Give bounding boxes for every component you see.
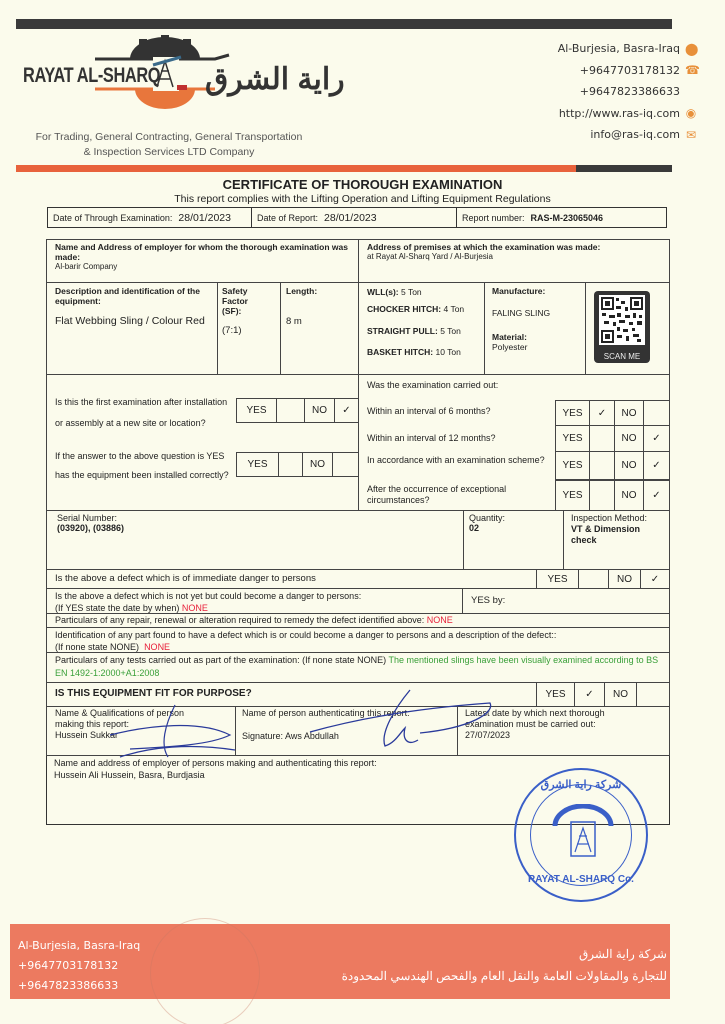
- first-exam-answer: YES NO ✓: [236, 398, 359, 423]
- yes-checkbox[interactable]: [590, 452, 615, 479]
- footer-arabic: شركة راية الشرق للتجارة والمقاولات العام…: [342, 943, 667, 987]
- wll-cell: WLL(s): 5 Ton CHOCKER HITCH: 4 Ton STRAI…: [358, 282, 485, 375]
- next-exam-label: Latest date by which next thorough exami…: [465, 708, 645, 730]
- qr-pattern: [599, 295, 645, 345]
- employer-label: Name and Address of employer for whom th…: [55, 242, 350, 262]
- straight-row: STRAIGHT PULL: 5 Ton: [367, 320, 476, 342]
- exam-date-cell: Date of Through Examination:28/01/2023: [48, 208, 252, 227]
- answer-6-months: YES ✓ NO: [555, 400, 670, 426]
- fitness-label: IS THIS EQUIPMENT FIT FOR PURPOSE?: [55, 688, 252, 699]
- yes-label: YES: [556, 426, 590, 451]
- authenticator-cell: Name of person authenticating this repor…: [235, 706, 458, 756]
- report-date: 28/01/2023: [324, 212, 377, 224]
- no-label: NO: [305, 399, 335, 422]
- potential-danger-cell: Is the above a defect which is not yet b…: [46, 588, 463, 614]
- serial-cell: Serial Number: (03920), (03886): [46, 510, 464, 570]
- no-label: NO: [303, 453, 333, 476]
- choker-row: CHOCKER HITCH: 4 Ton: [367, 298, 476, 320]
- length-cell: Length: 8 m: [280, 282, 359, 375]
- maker-label: Name & Qualifications of person making t…: [55, 708, 215, 730]
- scan-me-label: SCAN ME: [594, 352, 650, 361]
- maker-value: Hussein Sukkar: [55, 730, 227, 741]
- no-checkbox[interactable]: ✓: [335, 399, 358, 422]
- answer-exceptional: YES NO ✓: [555, 480, 670, 511]
- date-bar: Date of Through Examination:28/01/2023 D…: [47, 207, 667, 228]
- basket-row: BASKET HITCH: 10 Ton: [367, 342, 476, 362]
- immediate-danger-label: Is the above a defect which is of immedi…: [55, 573, 316, 584]
- envelope-icon: ✉: [685, 129, 697, 141]
- repair-value: NONE: [427, 615, 453, 625]
- exam-carried-out-heading: Was the examination carried out:: [367, 380, 498, 390]
- question-exam-scheme: In accordance with an examination scheme…: [367, 455, 547, 466]
- company-stamp: شركة راية الشرق RAYAT AL-SHARQ Co.: [514, 768, 648, 902]
- yes-label: YES: [537, 683, 575, 706]
- installed-correctly-answer: YES NO: [236, 452, 359, 477]
- no-checkbox[interactable]: ✓: [641, 570, 669, 588]
- identification-label: Identification of any part found to have…: [55, 629, 661, 641]
- manufacture-label: Manufacture:: [492, 286, 578, 296]
- length-value: 8 m: [286, 315, 353, 328]
- next-exam-cell: Latest date by which next thorough exami…: [457, 706, 670, 756]
- serial-label: Serial Number:: [57, 513, 453, 523]
- no-checkbox[interactable]: ✓: [644, 481, 669, 510]
- safety-factor-cell: Safety Factor (SF): (7:1): [217, 282, 281, 375]
- quantity-cell: Quantity: 02: [463, 510, 564, 570]
- material-value: Polyester: [492, 342, 578, 352]
- no-label: NO: [615, 426, 644, 451]
- identification-row: Identification of any part found to have…: [46, 627, 670, 653]
- yes-checkbox[interactable]: [279, 453, 303, 476]
- yes-checkbox[interactable]: [277, 399, 305, 422]
- stamp-text-ar: شركة راية الشرق: [516, 778, 646, 791]
- tagline-line-1: For Trading, General Contracting, Genera…: [24, 130, 314, 145]
- certificate-subtitle: This report complies with the Lifting Op…: [0, 193, 725, 205]
- footer-address: Al-Burjesia, Basra-Iraq: [18, 936, 140, 956]
- report-employer-value: Hussein Ali Hussein, Basra, Burdjasia: [54, 769, 377, 781]
- tests-label: Particulars of any tests carried out as …: [55, 655, 386, 665]
- repair-label: Particulars of any repair, renewal or al…: [55, 615, 424, 625]
- answer-12-months: YES NO ✓: [555, 425, 670, 452]
- report-date-cell: Date of Report:28/01/2023: [252, 208, 457, 227]
- yes-checkbox[interactable]: [590, 481, 615, 510]
- no-label: NO: [609, 570, 641, 588]
- employer-cell: Name and Address of employer for whom th…: [46, 239, 359, 283]
- description-label: Description and identification of the eq…: [55, 286, 209, 306]
- tagline-line-2: & Inspection Services LTD Company: [24, 145, 314, 160]
- qr-code[interactable]: SCAN ME: [594, 291, 650, 363]
- location-pin-icon: ⬤: [685, 43, 697, 55]
- no-checkbox[interactable]: [644, 401, 669, 425]
- contact-address: Al-Burjesia, Basra-Iraq⬤: [558, 38, 697, 60]
- report-employer: Name and address of employer of persons …: [54, 757, 377, 781]
- description-value: Flat Webbing Sling / Colour Red: [55, 314, 209, 328]
- no-label: NO: [605, 683, 637, 706]
- wll-row: WLL(s): 5 Ton: [367, 286, 476, 298]
- sf-value: (7:1): [222, 324, 276, 337]
- question-installed-correctly: If the answer to the above question is Y…: [55, 447, 235, 485]
- contact-phone-2[interactable]: +9647823386633: [558, 81, 697, 103]
- auth-label: Name of person authenticating this repor…: [242, 708, 451, 719]
- footer-ar-line-1: شركة راية الشرق: [342, 943, 667, 965]
- footer-phone-1[interactable]: +9647703178132: [18, 956, 140, 976]
- header-accent-bar: [16, 165, 576, 172]
- quantity-value: 02: [469, 523, 558, 533]
- yes-by-label: YES by:: [471, 595, 505, 606]
- yes-by-cell: YES by:: [462, 588, 670, 614]
- manufacture-cell: Manufacture: FALING SLING Material: Poly…: [484, 282, 586, 375]
- sf-label: Safety Factor (SF):: [222, 286, 262, 316]
- serial-value: (03920), (03886): [57, 523, 453, 533]
- no-label: NO: [615, 481, 644, 510]
- certificate-title: CERTIFICATE OF THOROUGH EXAMINATION: [0, 177, 725, 192]
- yes-label: YES: [237, 453, 279, 476]
- premises-value: at Rayat Al-Sharq Yard / Al-Burjesia: [367, 252, 661, 262]
- question-12-months: Within an interval of 12 months?: [367, 433, 547, 443]
- question-first-exam: Is this the first examination after inst…: [55, 392, 235, 434]
- header-top-bar: [16, 19, 672, 29]
- yes-label: YES: [556, 401, 590, 425]
- yes-checkbox[interactable]: [590, 426, 615, 451]
- contact-website[interactable]: http://www.ras-iq.com◉: [558, 103, 697, 125]
- description-cell: Description and identification of the eq…: [46, 282, 218, 375]
- maker-cell: Name & Qualifications of person making t…: [46, 706, 236, 756]
- next-exam-date: 27/07/2023: [465, 730, 662, 741]
- report-number-cell: Report number:RAS-M-23065046: [457, 208, 666, 227]
- globe-icon: ◉: [685, 107, 697, 119]
- tests-row: Particulars of any tests carried out as …: [46, 652, 670, 683]
- manufacture-value: FALING SLING: [492, 308, 578, 318]
- company-name-ar: راية الشرق: [205, 62, 345, 97]
- no-label: NO: [615, 452, 644, 479]
- company-name-en: RAYAT AL-SHARQ: [23, 64, 160, 88]
- no-label: NO: [615, 401, 644, 425]
- material-label: Material:: [492, 332, 578, 342]
- report-number: RAS-M-23065046: [531, 213, 604, 223]
- footer-contacts: Al-Burjesia, Basra-Iraq +9647703178132 +…: [18, 936, 140, 996]
- yes-checkbox[interactable]: [579, 570, 609, 588]
- stamp-text-en: RAYAT AL-SHARQ Co.: [516, 874, 646, 885]
- no-checkbox[interactable]: [333, 453, 358, 476]
- phone-icon: ☎: [685, 64, 697, 76]
- yes-label: YES: [556, 452, 590, 479]
- auth-value: Signature: Aws Abdullah: [242, 731, 451, 742]
- no-checkbox[interactable]: ✓: [644, 426, 669, 451]
- answer-exam-scheme: YES NO ✓: [555, 451, 670, 480]
- quantity-label: Quantity:: [469, 513, 558, 523]
- yes-checkbox[interactable]: ✓: [590, 401, 615, 425]
- employer-value: Al-barir Company: [55, 262, 350, 272]
- fitness-answer: YES ✓ NO: [536, 682, 670, 707]
- immediate-danger-answer: YES NO ✓: [536, 569, 670, 589]
- footer-watermark-icon: [150, 918, 260, 1024]
- yes-checkbox[interactable]: ✓: [575, 683, 605, 706]
- method-label: Inspection Method:: [571, 513, 662, 524]
- stamp-emblem-icon: [551, 804, 615, 864]
- yes-label: YES: [537, 570, 579, 588]
- contact-list: Al-Burjesia, Basra-Iraq⬤ +9647703178132☎…: [558, 38, 697, 146]
- inspection-method-cell: Inspection Method: VT & Dimension check: [563, 510, 670, 570]
- length-label: Length:: [286, 286, 353, 296]
- method-value: VT & Dimension check: [571, 524, 656, 546]
- report-employer-label: Name and address of employer of persons …: [54, 757, 377, 769]
- company-tagline: For Trading, General Contracting, Genera…: [24, 130, 314, 160]
- contact-email[interactable]: info@ras-iq.com✉: [558, 124, 697, 146]
- exam-date: 28/01/2023: [178, 212, 231, 224]
- footer-phone-2[interactable]: +9647823386633: [18, 976, 140, 996]
- blank-icon: [685, 86, 697, 98]
- yes-label: YES: [237, 399, 277, 422]
- question-6-months: Within an interval of 6 months?: [367, 406, 547, 416]
- question-exceptional: After the occurrence of exceptional circ…: [367, 484, 547, 506]
- yes-label: YES: [556, 481, 590, 510]
- footer-ar-line-2: للتجارة والمقاولات العامة والنقل العام و…: [342, 965, 667, 987]
- header-dark-bar: [576, 165, 672, 172]
- potential-label: Is the above a defect which is not yet b…: [55, 590, 454, 602]
- premises-label: Address of premises at which the examina…: [367, 242, 661, 252]
- identification-value: NONE: [144, 642, 170, 652]
- no-checkbox[interactable]: [637, 683, 669, 706]
- no-checkbox[interactable]: ✓: [644, 452, 669, 479]
- potential-value: NONE: [182, 603, 208, 613]
- repair-row: Particulars of any repair, renewal or al…: [46, 613, 670, 628]
- contact-phone-1[interactable]: +9647703178132☎: [558, 60, 697, 82]
- premises-cell: Address of premises at which the examina…: [358, 239, 670, 283]
